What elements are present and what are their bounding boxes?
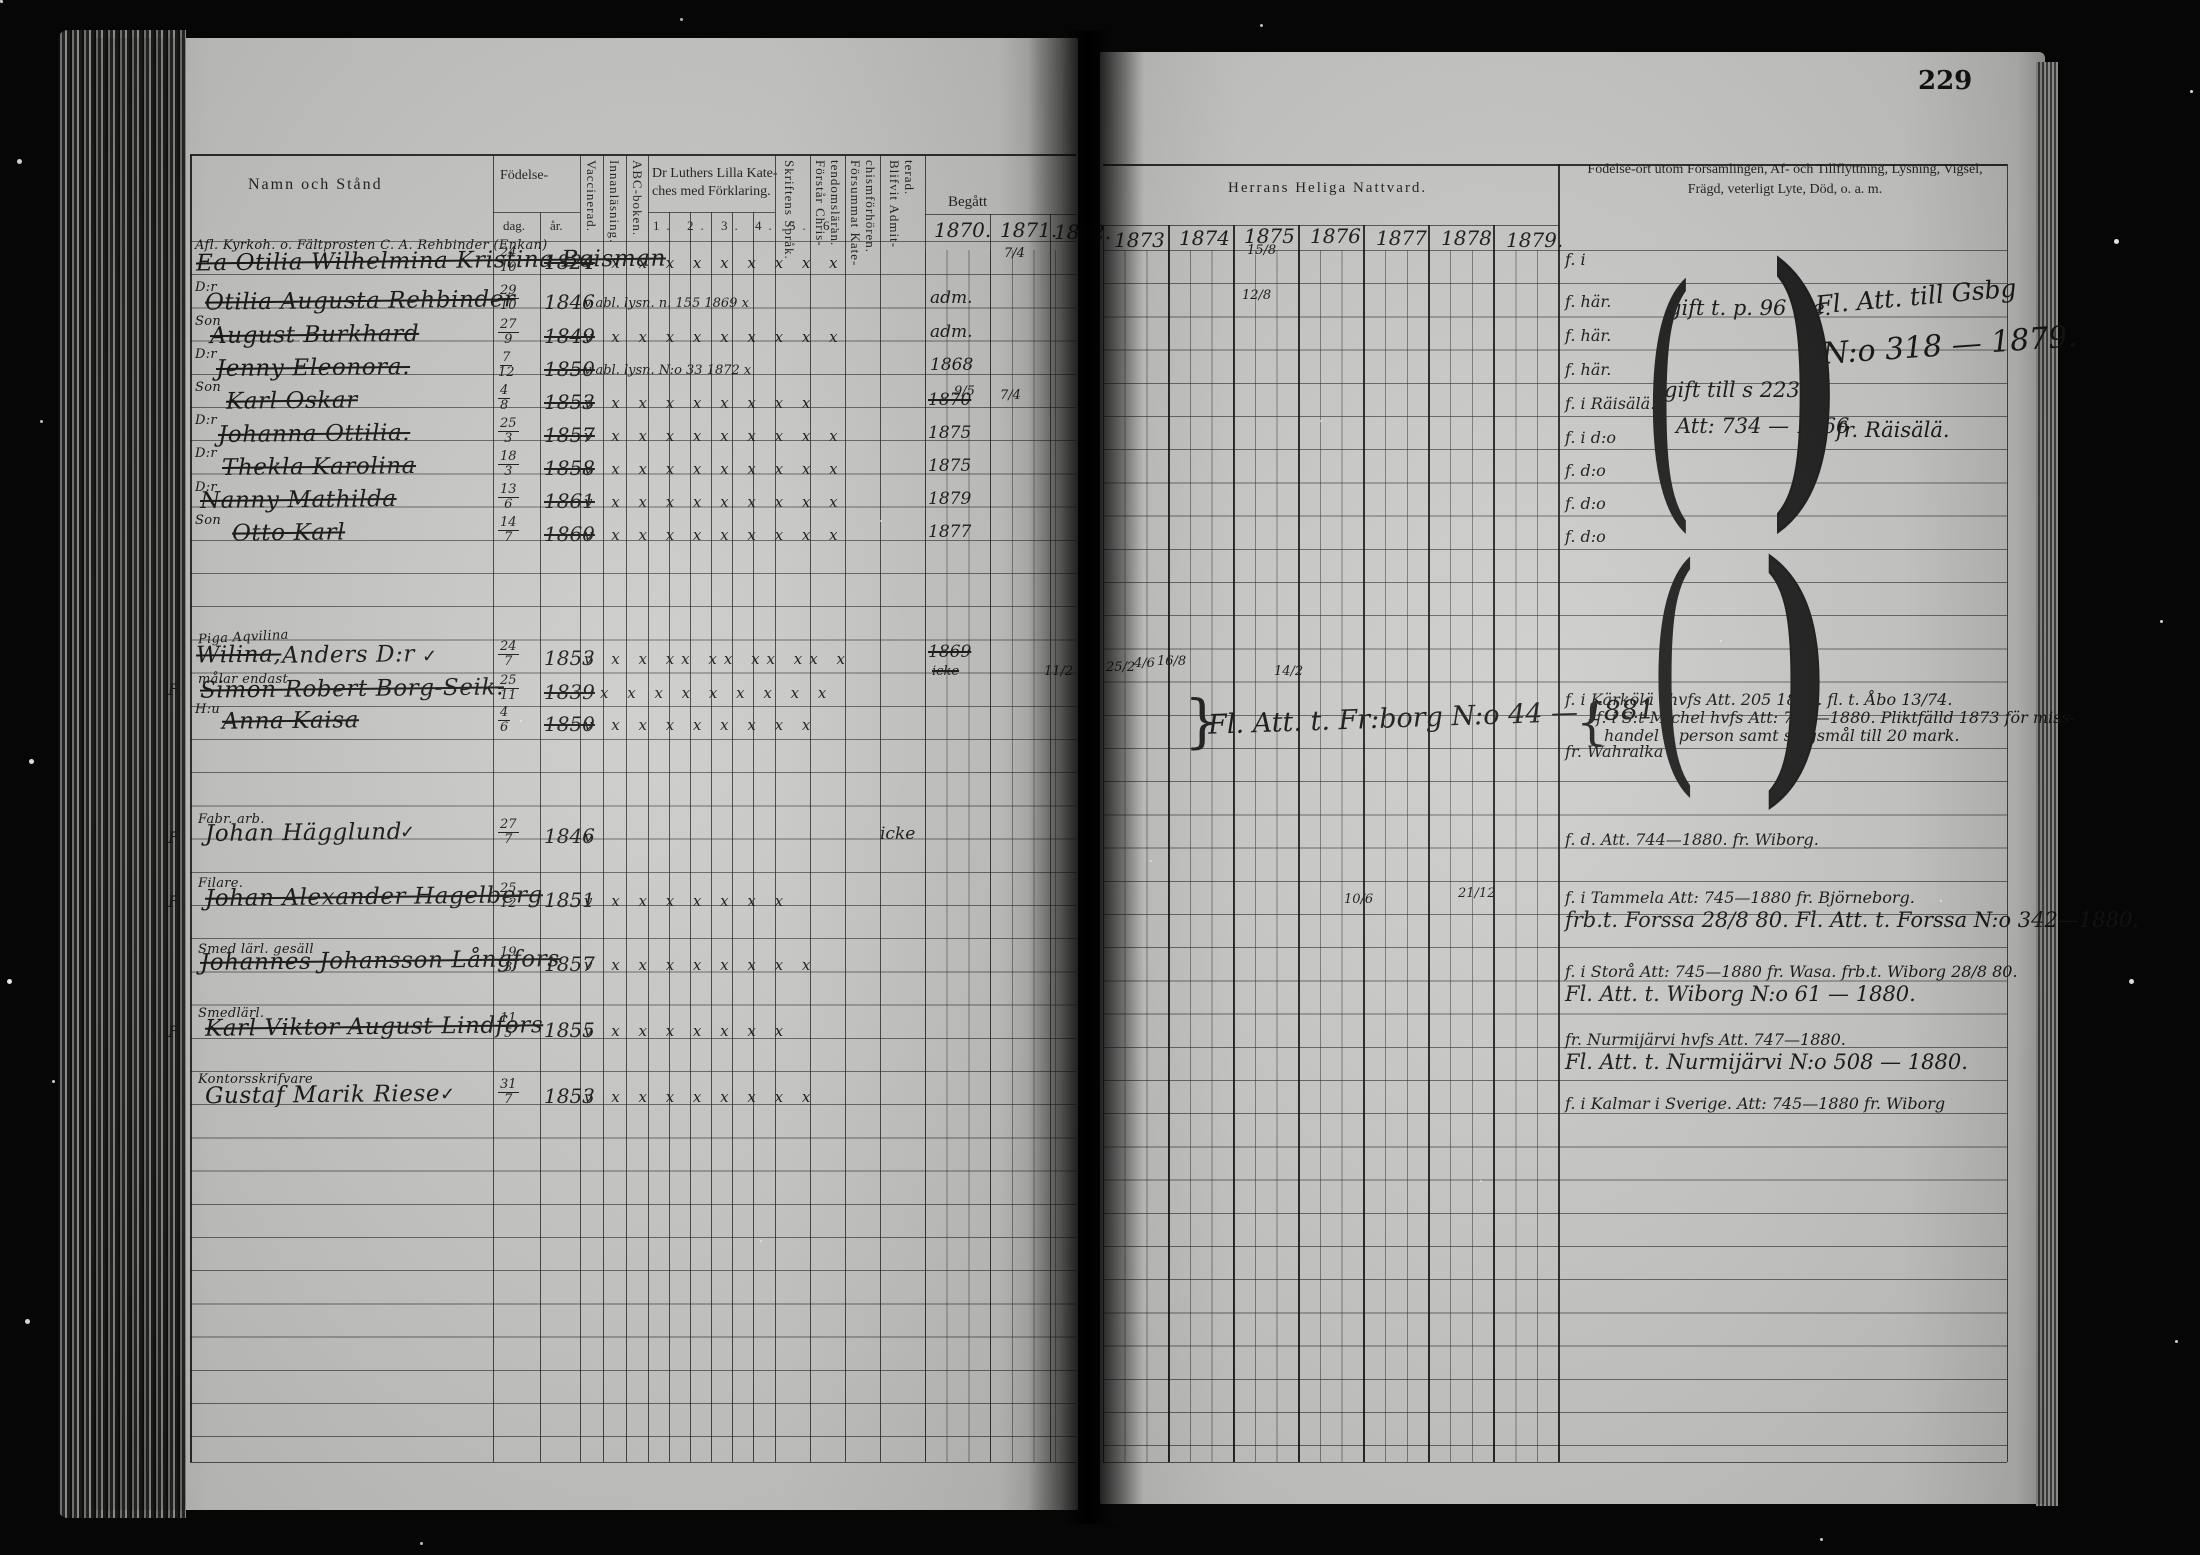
row-marks: v x x x x x x x x x [584, 526, 845, 544]
birth-year: 1839 [544, 680, 595, 704]
row-note: f. d:o [1565, 461, 1606, 480]
row-marks: v abl. lysn. n. 155 1869 x [584, 296, 749, 311]
col-line [603, 155, 604, 1462]
row-marks: v x x x x x x x x x [584, 493, 845, 511]
admitted-value: adm. [930, 288, 973, 308]
header-dag: dag. [503, 218, 525, 234]
birth-month: 6 [504, 498, 512, 512]
birth-month: 6 [500, 721, 508, 735]
brace-right-lower: ) [1762, 558, 1833, 778]
header-forstar-line2: tendomsläran. [827, 160, 843, 246]
admitted-value: adm. [930, 322, 973, 342]
year-1879: 1879. [1506, 228, 1563, 252]
row-note: f. d:o [1565, 527, 1606, 546]
col-line [1493, 225, 1495, 1462]
col-line [1428, 225, 1430, 1462]
header-abc-boken: ABC-boken. [629, 160, 645, 236]
row-marks: v [584, 828, 599, 846]
row-note: f. d. Att. 744—1880. fr. Wiborg. [1565, 830, 1819, 849]
header-rightcol-line2: Frägd, veterligt Lyte, Död, o. a. m. [1565, 182, 2005, 198]
admitted-value: 1875 [928, 423, 971, 443]
row-occupation: D:r [195, 347, 217, 362]
header-kateches-line2: ches med Förklaring. [652, 184, 771, 200]
line [493, 212, 580, 213]
row-note: f. här. [1565, 326, 1611, 345]
birth-day: 11 [498, 1012, 519, 1027]
row-marks: v x x xx xx xx xx x [584, 650, 852, 668]
row-name: Jenny Eleonora. [216, 354, 410, 382]
communion-mark: 12/8 [1242, 288, 1271, 303]
birth-month: 10 [500, 299, 517, 313]
row-name: Thekla Karolina [222, 453, 416, 481]
brace-mid-close: } [1184, 698, 1221, 744]
row-name: Karl Viktor August Lindfors [205, 1012, 544, 1042]
row-name-continued: Anders D:r [282, 641, 415, 668]
col-line [540, 212, 541, 1462]
header-forsummat-line1: Försummat Kate- [847, 160, 863, 266]
col-line [775, 155, 776, 1462]
birth-month: 12 [500, 897, 517, 911]
communion-mark: 7/4 [1000, 388, 1021, 403]
header-blifvit-line2: terad. [901, 160, 917, 195]
col-line [1168, 225, 1170, 1462]
communion-mark: 14/2 [1274, 664, 1303, 679]
brace-left-lower: ( [1648, 560, 1700, 771]
birth-day: 27 [498, 318, 519, 333]
communion-mark: 25/2 [1106, 660, 1135, 675]
brace-note-open: { [1576, 702, 1608, 742]
col-line [1558, 164, 1560, 1462]
row-name: August Burkhard [210, 321, 419, 349]
header-rightcol-line1: Födelse-ort utom Församlingen, Af- och T… [1565, 162, 2005, 178]
right-page-edge-stack [2036, 62, 2058, 1506]
birth-day: 27 [498, 818, 519, 833]
birth-month: 8 [500, 399, 508, 413]
col-line [1103, 225, 1104, 1462]
row-marks: v x x x x x x x x x [584, 254, 845, 272]
communion-mark: 16/8 [1157, 654, 1186, 669]
dust-specks-page [0, 0, 2, 2]
row-name: Karl Oskar [226, 387, 358, 414]
brace-left-upper: ( [1642, 282, 1696, 506]
birth-month: 5 [504, 1027, 512, 1041]
row-marks: v x x x x x x x x x [584, 427, 845, 445]
header-vaccinerad: Vaccinerad. [583, 160, 599, 232]
note-fran-raisala: fr. Räisälä. [1836, 418, 1950, 442]
communion-mark: 7/4 [1004, 246, 1025, 261]
row-note-line2: frb.t. Forssa 28/8 80. Fl. Att. t. Forss… [1565, 908, 2139, 932]
row-name: Otto Karl [232, 519, 345, 546]
row-name: Johan Alexander Hagelberg [205, 882, 543, 912]
row-marks: v x x x x x x x x x [584, 460, 845, 478]
header-begatt: Begått [948, 194, 987, 211]
col-line [626, 155, 627, 1462]
row-marks: v x x x x x x x x [584, 1088, 817, 1106]
row-note: f. i Tammela Att: 745—1880 fr. Björnebor… [1565, 888, 1915, 907]
row-marks: v x x x x x x x x [584, 394, 817, 412]
birth-day: 25 [498, 882, 519, 897]
communion-mark: 4/6 [1134, 656, 1155, 671]
brace-right-upper: ) [1770, 262, 1844, 501]
row-occupation: Son [195, 513, 221, 528]
row-occupation: H:u [195, 702, 220, 717]
col-line [1298, 225, 1300, 1462]
row-name: Gustaf Marik Riese [205, 1081, 440, 1109]
row-marks: v x x x x x x x x x [584, 328, 845, 346]
header-nattvard: Herrans Heliga Nattvard. [1228, 180, 1427, 197]
col-line [190, 155, 192, 1462]
row-name: Johanna Ottilia. [218, 420, 411, 448]
header-forstar-line1: Förstår Chris- [812, 160, 828, 247]
year-1872: 1872. [1054, 220, 1111, 244]
birth-month: 10 [500, 261, 517, 275]
admitted-value: 1877 [928, 522, 971, 542]
year-1877: 1877 [1376, 226, 1427, 250]
birth-month: 3 [504, 432, 512, 446]
row-note-line2: Fl. Att. t. Wiborg N:o 61 — 1880. [1565, 982, 1916, 1006]
col-line [648, 155, 649, 1462]
admitted-value: 1879 [928, 489, 971, 509]
birth-day: 4 [498, 384, 510, 399]
year-1871: 1871. [1000, 218, 1057, 242]
row-occupation: D:r [195, 413, 217, 428]
header-ar: år. [550, 218, 563, 234]
col-line [990, 214, 991, 1462]
year-1870: 1870. [934, 218, 991, 242]
row-marks: x x x x x x x x x [600, 684, 833, 702]
birth-day: 25 [498, 417, 519, 432]
row-occupation: Son [195, 380, 221, 395]
communion-mark: 9/5 [954, 384, 975, 399]
birth-month: 11 [500, 689, 517, 703]
header-forsummat-line2: chismförhören. [862, 160, 878, 253]
col-line [580, 155, 581, 1462]
communion-mark: 10/6 [1344, 892, 1373, 907]
birth-day: 29 [498, 284, 519, 299]
birth-month: 3 [504, 961, 512, 975]
header-namn-och-stand: Namn och Stånd [248, 176, 383, 194]
page-number: 229 [1918, 66, 1972, 96]
birth-day: 13 [498, 483, 519, 498]
dust-specks-margin [0, 0, 3, 3]
header-blifvit-line1: Blifvit Admit- [886, 160, 902, 248]
check-mark: ✓ [440, 1084, 455, 1105]
birth-month: 12 [498, 366, 515, 380]
row-marks: v x x x x x x x x [584, 716, 817, 734]
row-prefix: F. [168, 680, 182, 699]
row-name: Anna Kaisa [222, 707, 359, 734]
header-kateches-line1: Dr Luthers Lilla Kate- [652, 166, 778, 182]
birth-day: 19 [498, 946, 519, 961]
birth-day: 31 [498, 1078, 519, 1093]
row-prefix: F. [168, 1022, 182, 1041]
church-record-scan: 229 Namn och Stånd Födelse- dag. år. Vac… [0, 0, 2200, 1555]
row-occupation: D:r [195, 446, 217, 461]
admitted-value: icke [880, 824, 915, 844]
communion-mark: 11/2 [1044, 664, 1073, 679]
row-note: f. här. [1565, 360, 1611, 379]
row-marks: v abl. lysn. N:o 33 1872 x [584, 363, 751, 378]
row-note: f. i d:o [1565, 428, 1616, 447]
communion-mark: 15/8 [1247, 243, 1276, 258]
row-prefix: F. [168, 892, 182, 911]
left-page-edge-stack [58, 30, 186, 1518]
right-year-subcolumns [1103, 250, 1558, 1462]
admitted-value: 1869 [928, 642, 971, 662]
admitted-value: 1875 [928, 456, 971, 476]
year-1874: 1874 [1179, 226, 1230, 250]
row-note: f. i Storå Att: 745—1880 fr. Wasa. frb.t… [1565, 962, 2018, 981]
row-note: f. d:o [1565, 494, 1606, 513]
birth-day: 25 [498, 674, 519, 689]
row-marks: v x x x x x x x [584, 1022, 790, 1040]
col-line [1363, 225, 1365, 1462]
col-line [925, 155, 926, 1462]
col-line [810, 155, 811, 1462]
birth-month: 3 [504, 465, 512, 479]
col-line [880, 155, 881, 1462]
check-mark: ✓ [422, 646, 437, 667]
row-note-line2: Fl. Att. t. Nurmijärvi N:o 508 — 1880. [1565, 1050, 1968, 1074]
col-line [1233, 225, 1235, 1462]
admitted-value: 1868 [930, 355, 973, 375]
admitted-note: icke [932, 664, 959, 679]
row-note: fr. Nurmijärvi hvfs Att. 747—1880. [1565, 1030, 1846, 1049]
birth-day: 14 [498, 516, 519, 531]
row-name: Johan Hägglund [205, 819, 402, 847]
row-name: Nanny Mathilda [200, 486, 397, 514]
line [1103, 1462, 2007, 1463]
row-name: Simon Robert Borg-Seik. [200, 674, 504, 703]
col-line [845, 155, 846, 1462]
line [190, 1462, 1076, 1463]
birth-month: 7 [504, 1093, 512, 1107]
communion-mark: 21/12 [1458, 886, 1495, 901]
check-mark: ✓ [400, 822, 415, 843]
row-prefix: F. [168, 828, 182, 847]
row-note: f. i [1565, 250, 1586, 269]
birth-day: 24 [498, 246, 519, 261]
row-note: f. här. [1565, 292, 1611, 311]
birth-month: 7 [504, 833, 512, 847]
row-name: Otilia Augusta Rehbinder [205, 286, 516, 315]
year-1873: 1873 [1114, 228, 1165, 252]
col-line [493, 155, 494, 1462]
row-marks: v x x x x x x x x [584, 956, 817, 974]
line [925, 214, 1076, 215]
year-1876: 1876 [1310, 224, 1361, 248]
birth-day: 4 [498, 706, 510, 721]
birth-day: 7 [500, 351, 512, 366]
row-name: Wilina, [196, 642, 282, 669]
col-line [1050, 214, 1051, 1462]
birth-month: 9 [504, 333, 512, 347]
birth-month: 7 [504, 531, 512, 545]
birth-month: 7 [504, 655, 512, 669]
row-note: f. i Kalmar i Sverige. Att: 745—1880 fr.… [1565, 1094, 1945, 1113]
header-fodelse: Födelse- [500, 168, 548, 184]
header-innanlasning: Innanläsning. [606, 160, 622, 243]
row-marks: v x x x x x x x [584, 892, 790, 910]
birth-day: 18 [498, 450, 519, 465]
header-skriftens-sprak: Skriftens Språk. [781, 160, 797, 260]
left-header-topline [190, 154, 1076, 156]
birth-day: 24 [498, 640, 519, 655]
year-1878: 1878 [1441, 226, 1492, 250]
